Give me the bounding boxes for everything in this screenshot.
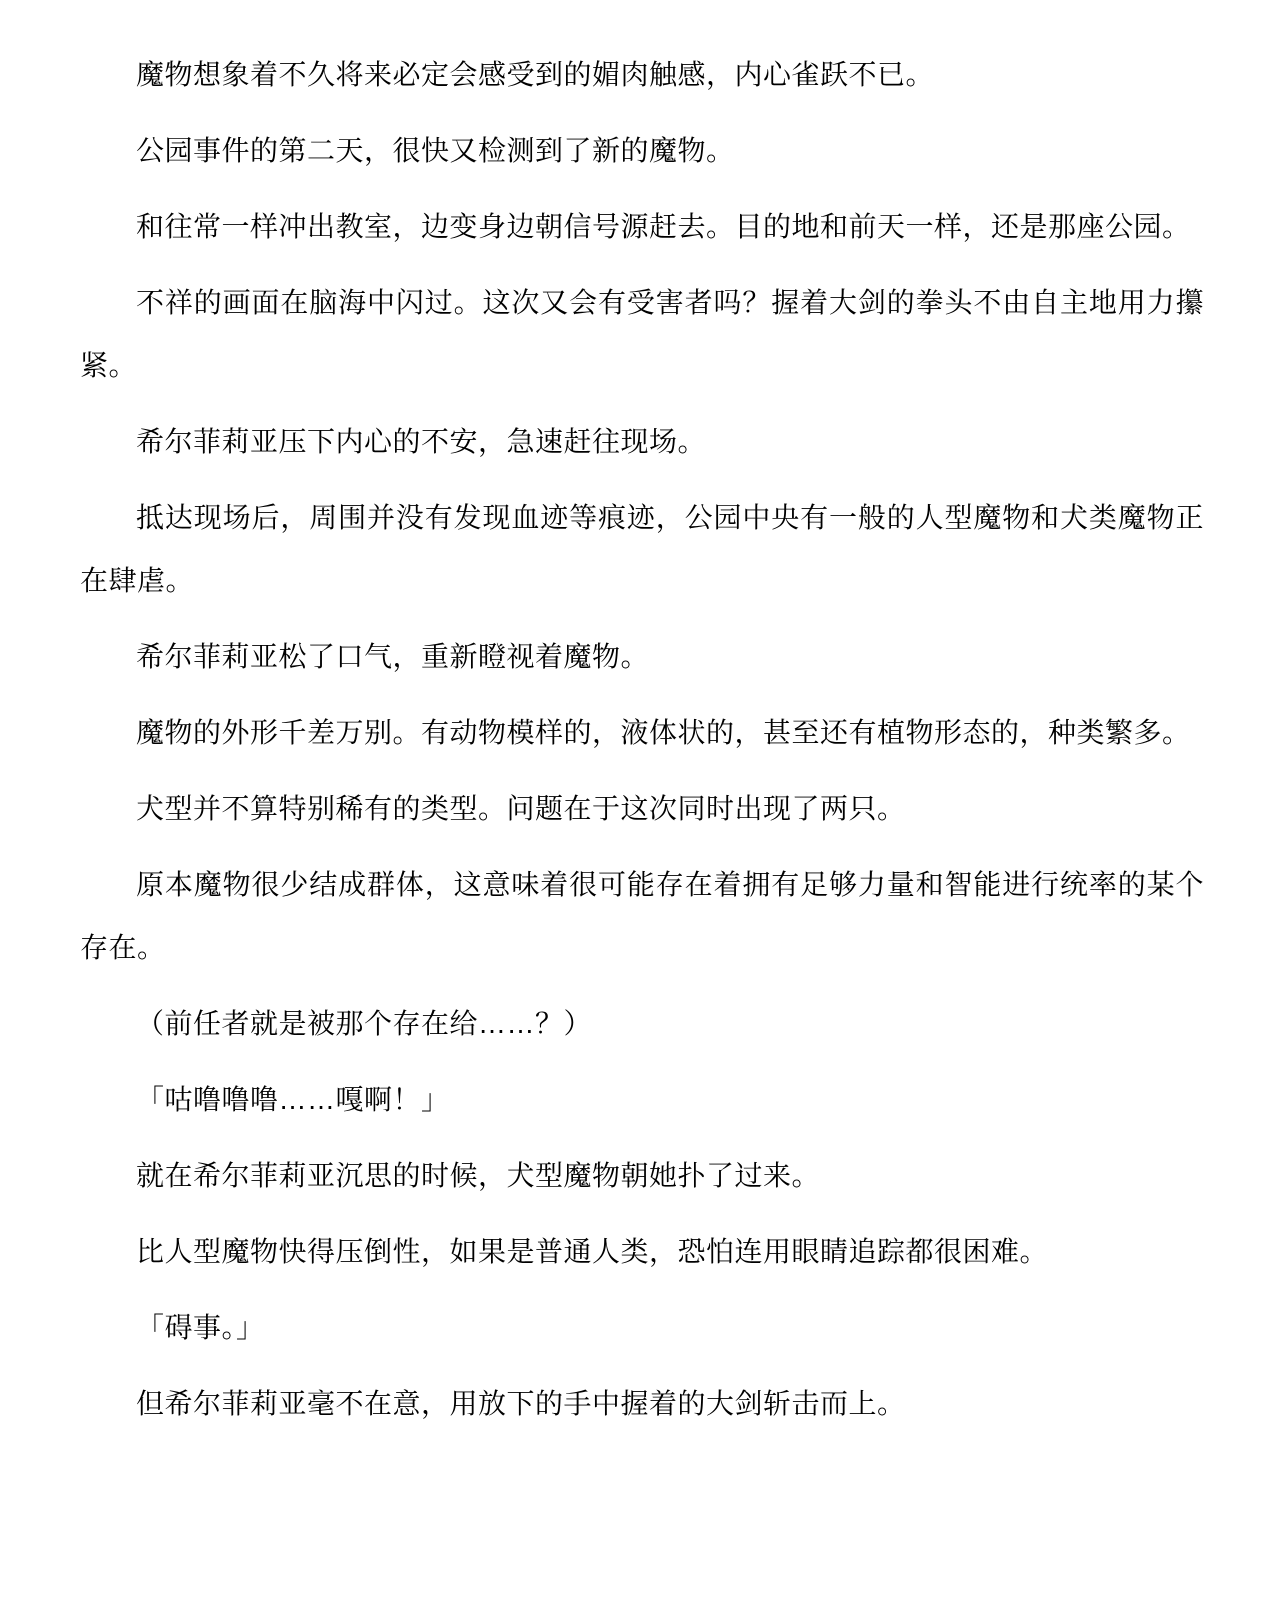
paragraph: 希尔菲莉亚压下内心的不安，急速赶往现场。 bbox=[80, 410, 1204, 473]
paragraph: 抵达现场后，周围并没有发现血迹等痕迹，公园中央有一般的人型魔物和犬类魔物正在肆虐… bbox=[80, 486, 1204, 612]
paragraph: 不祥的画面在脑海中闪过。这次又会有受害者吗？握着大剑的拳头不由自主地用力攥紧。 bbox=[80, 271, 1204, 397]
paragraph: 比人型魔物快得压倒性，如果是普通人类，恐怕连用眼睛追踪都很困难。 bbox=[80, 1220, 1204, 1283]
paragraph: 原本魔物很少结成群体，这意味着很可能存在着拥有足够力量和智能进行统率的某个存在。 bbox=[80, 853, 1204, 979]
paragraph: 魔物的外形千差万别。有动物模样的，液体状的，甚至还有植物形态的，种类繁多。 bbox=[80, 701, 1204, 764]
paragraph: 公园事件的第二天，很快又检测到了新的魔物。 bbox=[80, 119, 1204, 182]
paragraph: 就在希尔菲莉亚沉思的时候，犬型魔物朝她扑了过来。 bbox=[80, 1144, 1204, 1207]
paragraph: 但希尔菲莉亚毫不在意，用放下的手中握着的大剑斩击而上。 bbox=[80, 1372, 1204, 1435]
paragraph: 「碍事。」 bbox=[80, 1296, 1204, 1359]
paragraph: 犬型并不算特别稀有的类型。问题在于这次同时出现了两只。 bbox=[80, 777, 1204, 840]
paragraph: （前任者就是被那个存在给……？） bbox=[80, 992, 1204, 1055]
paragraph: 「咕噜噜噜……嘎啊！」 bbox=[80, 1068, 1204, 1131]
novel-text-page: 魔物想象着不久将来必定会感受到的媚肉触感，内心雀跃不已。 公园事件的第二天，很快… bbox=[0, 0, 1280, 1624]
paragraph: 希尔菲莉亚松了口气，重新瞪视着魔物。 bbox=[80, 625, 1204, 688]
paragraph: 和往常一样冲出教室，边变身边朝信号源赶去。目的地和前天一样，还是那座公园。 bbox=[80, 195, 1204, 258]
paragraph: 魔物想象着不久将来必定会感受到的媚肉触感，内心雀跃不已。 bbox=[80, 43, 1204, 106]
